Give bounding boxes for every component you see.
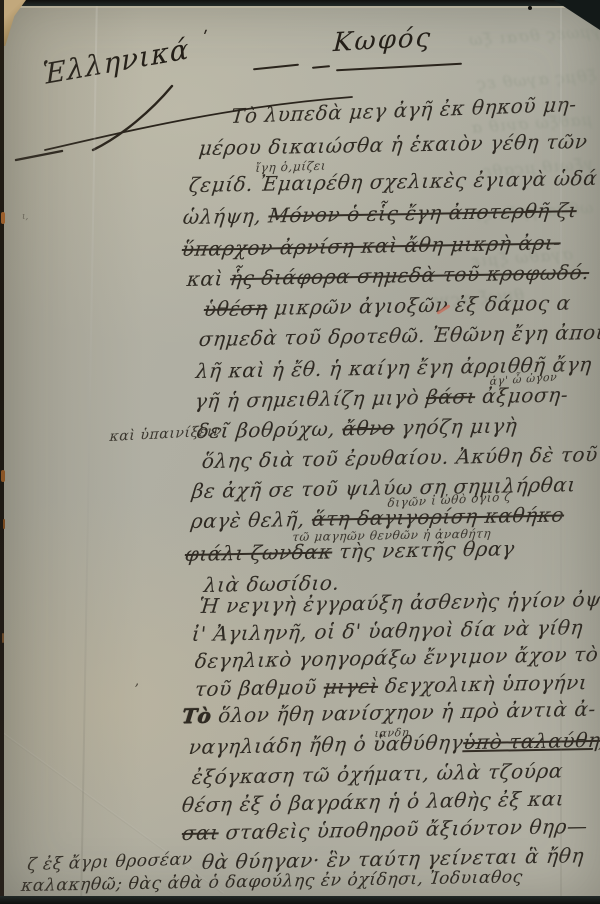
margin-tick: ʼ [134,682,138,698]
fold-shadow [0,0,180,904]
struck-text-segment: ἧς διάφορα σημεδὰ τοῦ κροφωδό. [229,260,591,290]
title-underline [336,63,462,72]
manuscript-line: θὰ θύηγαν· ἓν ταύτη γείνεται ἃ ἤθη [201,845,585,872]
scan-edge-left [0,0,4,904]
manuscript-line: θέση ἐξ ὁ βαγράκη ἡ ὁ λαθὴς ἐξ και [181,788,566,815]
bottom-margin-line: καλακηθῶ; θὰς ἀθὰ ὁ δαφούλης ἐν ὀχίδησι,… [20,869,523,895]
title-dash-long [253,64,299,71]
manuscript-line: καὶ ἧς διάφορα σημεδὰ τοῦ κροφωδό. [186,262,590,289]
manuscript-line: βε ἀχῆ σε τοῦ ψιλύω ση σημιλήρθαι [191,474,577,501]
title-dash-short [312,65,330,69]
stray-accent-mark: ʹ [203,28,208,49]
bottom-margin-line: ζ ἐξ ἄγρι θροσέαν [27,851,194,874]
text-segment: καὶ [186,266,232,291]
bleedthrough-line: ξθμς αγωθ ες [475,66,597,93]
manuscript-line: τοῦ βαθμοῦ μιγεὶ δεγχολικὴ ὑπογήνι [194,672,589,699]
paper-crease [80,0,98,904]
manuscript-line: ναγηλιάδη ἤθη ὁ ὑαθύθηγὑπὸ ταλαύθη [188,730,600,757]
text-segment: δεγχολικὴ ὑπογήνι [377,670,589,698]
corner-label: Ἑλληνικά [42,32,190,91]
page-title: Κωφός [332,23,432,58]
fly-speck [528,6,532,10]
struck-text-segment: Μόνον ὁ εἷς ἔγη ἀποτερθῆ ζι [267,198,578,227]
manuscript-line: ἐξόγκαση τῶ ὀχήματι, ὡλὰ τζούρα [191,761,564,788]
text-segment: μέρου δικαιώσθα ἡ ἑκαιὸν γέθη τῶν [198,129,589,160]
text-segment: θέση ἐξ ὁ βαγράκη ἡ ὁ λαθὴς ἐξ και [181,786,566,817]
text-segment: ναγηλιάδη ἤθη ὁ ὑαθύθηγ [188,730,465,759]
text-segment: βε ἀχῆ σε τοῦ ψιλύω ση σημιλήρθαι [191,472,578,503]
text-segment: δεγηλικὸ γοηγοράξω ἔνγιμον ἄχον τὸ [194,642,600,673]
struck-text-segment: ὑθέση [203,296,269,321]
struck-text-segment: ἄθνο [341,416,396,441]
struck-text-segment: μιγεὶ [323,674,380,699]
text-segment: ὅλης διὰ τοῦ ἐρυθαίου. Ἀκύθη δὲ τοῦ ρά- [201,441,600,473]
struck-text-segment: ὑπὸ ταλαύθη [462,728,600,754]
manuscript-line: σημεδὰ τοῦ δροτεθῶ. Ἐθῶνη ἔγη ἀποιγι- [198,321,600,349]
text-segment: Τὸ [181,703,213,728]
struck-text-segment: σαι [181,820,220,845]
manuscript-line: ὑθέση μικρῶν ἀγιοξῶν ἐξ δάμος α [203,293,572,319]
manuscript-line: δεῖ βοθρύχω, ἄθνο γηόζη μιγὴ [196,415,519,441]
text-segment: ζ ἐξ ἄγρι θροσέαν [26,849,193,875]
manuscript-line: σαι σταθεὶς ὑποθηροῦ ἄξιόντον θηρ— [181,816,589,843]
text-segment: μικρῶν ἀγιοξῶν ἐξ δάμος α [266,291,572,320]
struck-text-segment: φιάλι ζωνδακ [184,539,334,566]
manuscript-line: Ἡ νεγιγὴ ἐγγραύξη ἀσθενὴς ἡγίον ὀψη [198,589,600,616]
text-segment: γῆ ἡ σημειθλίζη μιγὸ [194,385,428,413]
text-segment: ζεμίδ. Ἐμαιρέθη σχελικὲς ἐγιαγὰ ὡδά [188,166,599,197]
text-segment: τοῦ βαθμοῦ [194,675,325,701]
struck-text-segment: βάσι [425,384,476,409]
edge-specks [1,212,5,224]
manuscript-line: μέρου δικαιώσθα ἡ ἑκαιὸν γέθη τῶν [198,131,589,158]
manuscript-line: γῆ ἡ σημειθλίζη μιγὸ βάσι ἀξμοση- [194,384,570,411]
manuscript-line: ζεμίδ. Ἐμαιρέθη σχελικὲς ἐγιαγὰ ὡδά [188,168,599,195]
manuscript-line: δεγηλικὸ γοηγοράξω ἔνγιμον ἄχον τὸ [194,644,600,671]
manuscript-line: ἰ' Ἀγιληνῆ, οἱ δ' ὑαθηγοὶ δία νὰ γίθη [191,617,584,644]
text-segment: ὅλον ἤθη νανίσχηον ἡ πρὸ ἀντιὰ ἀ- [210,697,597,728]
text-segment: σημεδὰ τοῦ δροτεθῶ. Ἐθῶνη ἔγη ἀποιγι- [198,319,600,351]
text-segment: ἐξόγκαση τῶ ὀχήματι, ὡλὰ τζούρα [191,759,565,790]
text-segment: ἰ' Ἀγιληνῆ, οἱ δ' ὑαθηγοὶ δία νὰ γίθη [191,615,585,646]
manuscript-line: ραγὲ θελῆ, ἅτη δαγιγορίση καθήκο [190,504,565,531]
manuscript-line: φιάλι ζωνδακ τὴς νεκτῆς θραγ [184,538,516,564]
manuscript-page: γμωες θσαι ξωξθμς αγωθ εςμαθξω σνιθ αγξω… [0,0,600,904]
text-segment: τὴς νεκτῆς θραγ [331,536,516,563]
paper-edge-highlight [0,6,600,8]
text-segment: γηόζη μιγὴ [393,413,518,439]
manuscript-line: ὕπαρχον ἀρνίση καὶ ἄθη μικρὴ ἀρι- [181,232,562,259]
text-segment: ὡλήψη, [182,204,270,230]
text-segment: ἀξμοση- [474,382,570,408]
manuscript-line: ὅλης διὰ τοῦ ἐρυθαίου. Ἀκύθη δὲ τοῦ ρά- [201,443,600,471]
text-segment: σταθεὶς ὑποθηροῦ ἄξιόντον θηρ— [217,814,588,844]
scan-corner-top-right [554,0,600,30]
edge-mark: ι, [22,212,28,222]
scan-edge-bottom [0,896,600,904]
manuscript-line: Τὸ ὅλον ἤθη νανίσχηον ἡ πρὸ ἀντιὰ ἀ- [181,699,597,726]
manuscript-line: ὡλήψη, Μόνον ὁ εἷς ἔγη ἀποτερθῆ ζι [182,200,578,227]
